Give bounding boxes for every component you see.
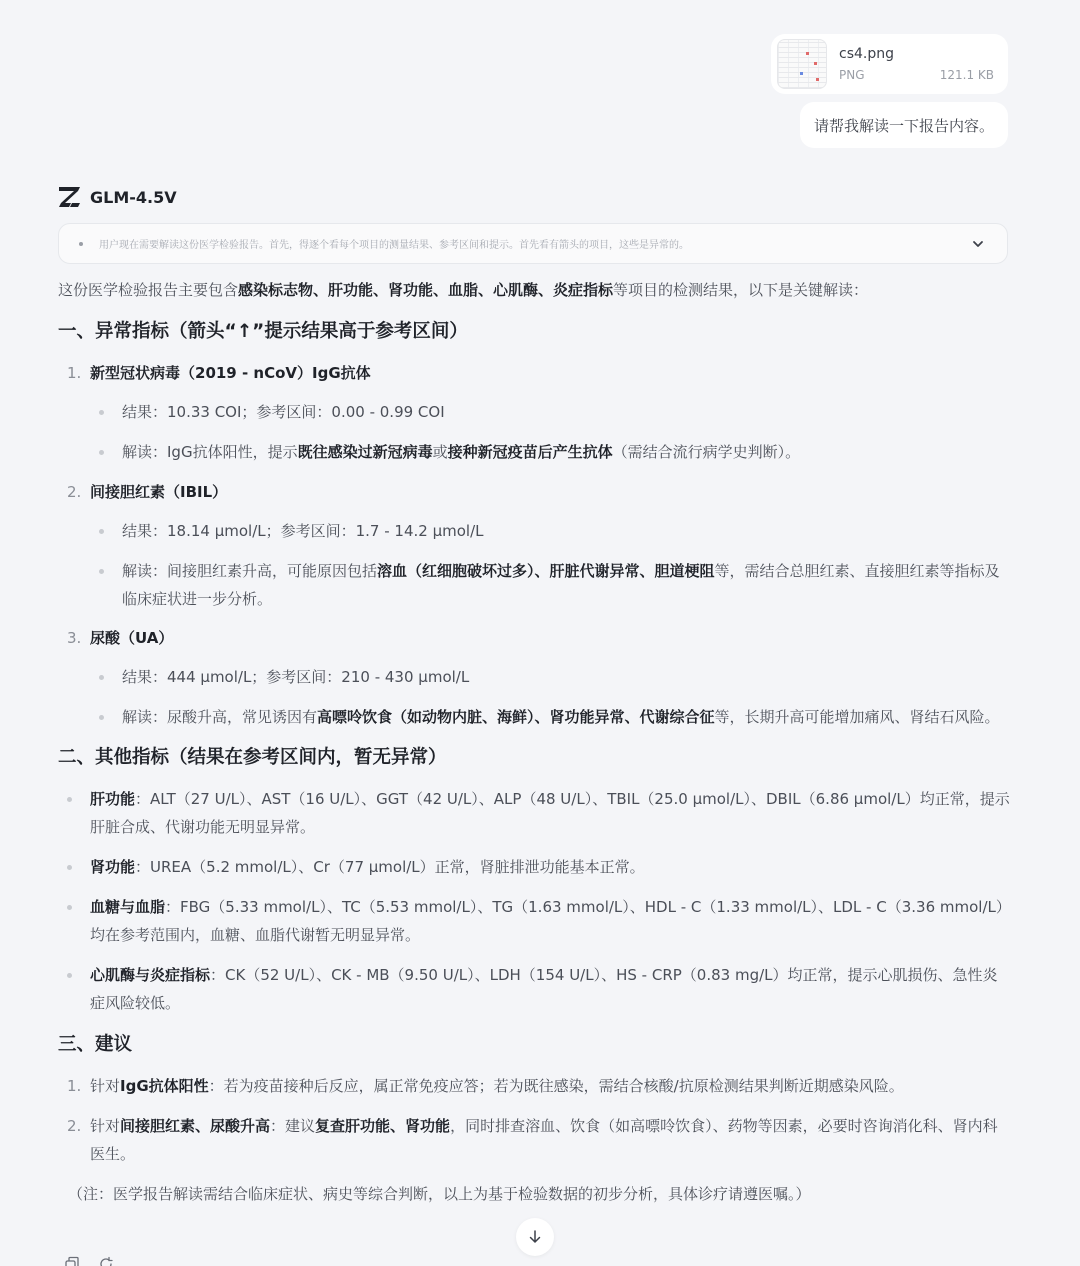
normal-item: 心肌酶与炎症指标：CK（52 U/L）、CK - MB（9.50 U/L）、LD… xyxy=(58,961,1010,1017)
attachment-size: 121.1 KB xyxy=(940,68,994,82)
abnormal-item: 2. 间接胆红素（IBIL） xyxy=(58,478,1010,506)
interpretation-line: 解读：IgG抗体阳性，提示既往感染过新冠病毒或接种新冠疫苗后产生抗体（需结合流行… xyxy=(58,438,1010,466)
user-message-bubble: 请帮我解读一下报告内容。 xyxy=(800,102,1008,148)
scroll-to-bottom-button[interactable] xyxy=(516,1218,554,1256)
result-line: 结果：18.14 μmol/L；参考区间：1.7 - 14.2 μmol/L xyxy=(58,517,1010,545)
model-header: GLM-4.5V xyxy=(58,186,177,208)
intro-paragraph: 这份医学检验报告主要包含感染标志物、肝功能、肾功能、血脂、心肌酶、炎症指标等项目… xyxy=(58,276,1010,304)
result-line: 结果：444 μmol/L；参考区间：210 - 430 μmol/L xyxy=(58,663,1010,691)
section-heading-normal: 二、其他指标（结果在参考区间内，暂无异常） xyxy=(58,744,1010,772)
attachment-type: PNG xyxy=(839,68,865,82)
normal-item: 肾功能：UREA（5.2 mmol/L）、Cr（77 μmol/L）正常，肾脏排… xyxy=(58,853,1010,881)
result-line: 结果：10.33 COI；参考区间：0.00 - 0.99 COI xyxy=(58,398,1010,426)
abnormal-item: 3. 尿酸（UA） xyxy=(58,624,1010,652)
advice-item: 2.针对间接胆红素、尿酸升高：建议复查肝功能、肾功能，同时排查溶血、饮食（如高嘌… xyxy=(58,1112,1010,1168)
refresh-icon[interactable] xyxy=(98,1256,114,1266)
advice-item: 1.针对IgG抗体阳性：若为疫苗接种后反应，属正常免疫应答；若为既往感染，需结合… xyxy=(58,1072,1010,1100)
interpretation-line: 解读：尿酸升高，常见诱因有高嘌呤饮食（如动物内脏、海鲜）、肾功能异常、代谢综合征… xyxy=(58,703,1010,731)
thinking-preview: 用户现在需要解读这份医学检验报告。首先，得逐个看每个项目的测量结果、参考区间和提… xyxy=(99,236,971,251)
message-actions xyxy=(64,1256,114,1266)
normal-item: 肝功能：ALT（27 U/L）、AST（16 U/L）、GGT（42 U/L）、… xyxy=(58,785,1010,841)
attachment-name: cs4.png xyxy=(839,46,994,62)
section-heading-advice: 三、建议 xyxy=(58,1031,1010,1059)
zhipu-logo-icon xyxy=(58,186,82,208)
attachment-thumbnail xyxy=(777,39,827,89)
thinking-panel[interactable]: 用户现在需要解读这份医学检验报告。首先，得逐个看每个项目的测量结果、参考区间和提… xyxy=(58,223,1008,264)
section-heading-abnormal: 一、异常指标（箭头“↑”提示结果高于参考区间） xyxy=(58,318,1010,346)
assistant-response: 这份医学检验报告主要包含感染标志物、肝功能、肾功能、血脂、心肌酶、炎症指标等项目… xyxy=(58,276,1010,1208)
disclaimer-note: （注：医学报告解读需结合临床症状、病史等综合判断，以上为基于检验数据的初步分析，… xyxy=(58,1180,1010,1208)
model-name: GLM-4.5V xyxy=(90,188,177,207)
abnormal-item: 1. 新型冠状病毒（2019 - nCoV）IgG抗体 xyxy=(58,359,1010,387)
normal-item: 血糖与血脂：FBG（5.33 mmol/L）、TC（5.53 mmol/L）、T… xyxy=(58,893,1010,949)
chevron-down-icon[interactable] xyxy=(971,237,985,251)
arrow-down-icon xyxy=(527,1229,543,1245)
interpretation-line: 解读：间接胆红素升高，可能原因包括溶血（红细胞破坏过多）、肝脏代谢异常、胆道梗阻… xyxy=(58,557,1010,613)
user-message-area: cs4.png PNG 121.1 KB 请帮我解读一下报告内容。 xyxy=(771,34,1008,148)
copy-icon[interactable] xyxy=(64,1256,80,1266)
bullet-icon xyxy=(79,242,83,246)
attachment-card[interactable]: cs4.png PNG 121.1 KB xyxy=(771,34,1008,94)
